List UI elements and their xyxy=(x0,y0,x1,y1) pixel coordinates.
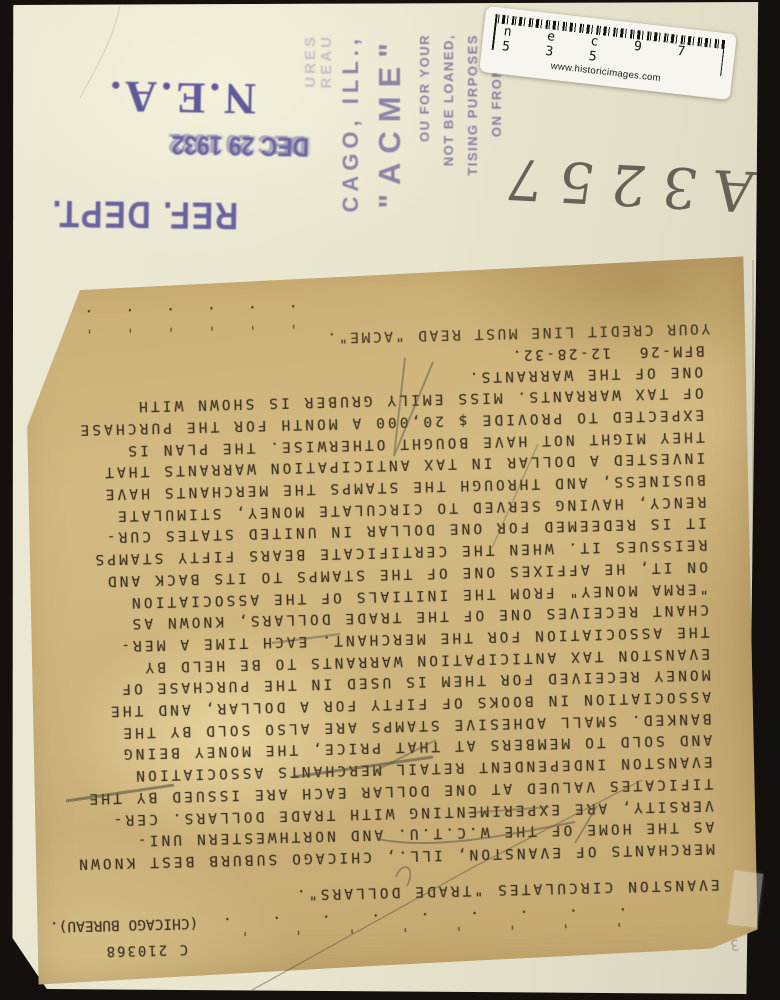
acme-stamp-line: NOT BE LOANED, xyxy=(437,34,461,290)
bureau-line: ' ' ' ' ' ' ' '. . . . . . . . . (CHICAG… xyxy=(50,904,628,934)
caption-body: MERCHANTS OF EVANSTON, ILL., CHICAGO SUB… xyxy=(64,359,715,874)
acme-credit-stamp: URESREAU CAGO, ILL.,"ACME" OU FOR YOURNO… xyxy=(303,28,503,290)
tape-fragment xyxy=(728,870,763,927)
file-number: BFM-26 xyxy=(637,342,705,360)
credit-line: YOUR CREDIT LINE MUST READ "ACME". xyxy=(325,320,710,345)
acme-stamp-line: CAGO, ILL., xyxy=(335,34,367,290)
acme-stamp-line: "ACME" xyxy=(367,34,413,290)
acme-stamp-line: OU FOR YOUR xyxy=(413,34,437,290)
acme-stamp-line: URES xyxy=(303,34,319,290)
date-code: 12-28-32. xyxy=(510,344,611,362)
acme-stamp-line: TISING PURPOSES xyxy=(461,34,485,290)
bureau-label: (CHICAGO BUREAU). xyxy=(50,915,199,935)
caption-sheet-content: C 210368 ' ' ' ' ' ' ' '. . . . . . . . … xyxy=(9,247,763,987)
press-photo-verso-scan: N.E.A. DEC 29 1932 REF. DEPT. URESREAU C… xyxy=(0,0,780,1000)
barcode-label: n e c 9 7 5 3 5 www.historicimages.com xyxy=(479,6,737,100)
date-received-stamp: DEC 29 1932 xyxy=(163,129,310,163)
acme-stamp-faint-lines: URESREAU xyxy=(303,34,335,290)
nea-stamp: N.E.A. xyxy=(84,71,257,125)
caption-serial-number: C 210368 xyxy=(104,941,188,959)
acme-stamp-big-lines: CAGO, ILL.,"ACME" xyxy=(335,34,413,290)
acme-stamp-text: URESREAU CAGO, ILL.,"ACME" OU FOR YOURNO… xyxy=(303,28,503,290)
caption-sheet: C 210368 ' ' ' ' ' ' ' '. . . . . . . . … xyxy=(9,247,763,987)
caption-title: EVANSTON CIRCULATES "TRADE DOLLARS". xyxy=(294,876,720,902)
handwritten-archive-number: A3257 xyxy=(522,146,755,223)
ref-dept-stamp: REF. DEPT. xyxy=(59,191,238,236)
acme-stamp-line: REAU xyxy=(319,34,335,290)
